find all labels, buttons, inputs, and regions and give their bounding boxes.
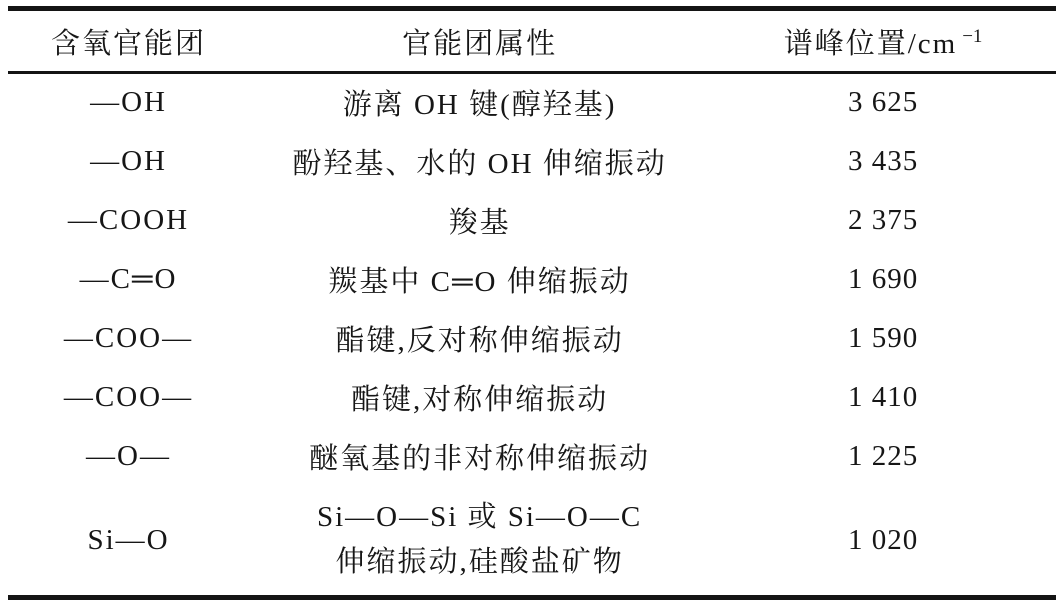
functional-group-cell: —O— bbox=[8, 427, 249, 486]
table-row: —C═O 羰基中 C═O 伸缩振动 1 690 bbox=[8, 250, 1056, 309]
property-cell: 羰基中 C═O 伸缩振动 bbox=[249, 250, 710, 309]
peak-position-cell: 1 020 bbox=[710, 486, 1056, 598]
column-header-peak-position: 谱峰位置/cm−1 bbox=[710, 9, 1056, 73]
table-row: —OH 酚羟基、水的 OH 伸缩振动 3 435 bbox=[8, 132, 1056, 191]
property-cell: 游离 OH 键(醇羟基) bbox=[249, 73, 710, 132]
table-row: —OH 游离 OH 键(醇羟基) 3 625 bbox=[8, 73, 1056, 132]
peak-position-cell: 1 590 bbox=[710, 309, 1056, 368]
functional-group-cell: —COO— bbox=[8, 309, 249, 368]
ir-peak-position-table: 含氧官能团 官能团属性 谱峰位置/cm−1 —OH 游离 OH 键(醇羟基) 3… bbox=[8, 6, 1056, 600]
table-row: Si—O Si—O—Si 或 Si—O—C 伸缩振动,硅酸盐矿物 1 020 bbox=[8, 486, 1056, 598]
functional-group-cell: —C═O bbox=[8, 250, 249, 309]
property-cell: 醚氧基的非对称伸缩振动 bbox=[249, 427, 710, 486]
property-cell: 酯键,反对称伸缩振动 bbox=[249, 309, 710, 368]
peak-position-cell: 1 225 bbox=[710, 427, 1056, 486]
property-cell: Si—O—Si 或 Si—O—C 伸缩振动,硅酸盐矿物 bbox=[249, 486, 710, 598]
column-header-functional-group: 含氧官能团 bbox=[8, 9, 249, 73]
table-row: —COO— 酯键,对称伸缩振动 1 410 bbox=[8, 368, 1056, 427]
peak-position-cell: 1 690 bbox=[710, 250, 1056, 309]
table-header-row: 含氧官能团 官能团属性 谱峰位置/cm−1 bbox=[8, 9, 1056, 73]
property-cell: 羧基 bbox=[249, 191, 710, 250]
peak-position-cell: 2 375 bbox=[710, 191, 1056, 250]
functional-group-cell: Si—O bbox=[8, 486, 249, 598]
property-line-1: Si—O—Si 或 Si—O—C bbox=[249, 495, 710, 540]
unit-superscript: −1 bbox=[962, 26, 982, 47]
functional-group-cell: —COOH bbox=[8, 191, 249, 250]
table-row: —COO— 酯键,反对称伸缩振动 1 590 bbox=[8, 309, 1056, 368]
column-header-property: 官能团属性 bbox=[249, 9, 710, 73]
functional-group-cell: —OH bbox=[8, 132, 249, 191]
property-line-2: 伸缩振动,硅酸盐矿物 bbox=[249, 540, 710, 585]
peak-position-cell: 3 625 bbox=[710, 73, 1056, 132]
functional-group-cell: —OH bbox=[8, 73, 249, 132]
peak-position-cell: 3 435 bbox=[710, 132, 1056, 191]
functional-group-cell: —COO— bbox=[8, 368, 249, 427]
property-cell: 酚羟基、水的 OH 伸缩振动 bbox=[249, 132, 710, 191]
table-row: —O— 醚氧基的非对称伸缩振动 1 225 bbox=[8, 427, 1056, 486]
property-cell: 酯键,对称伸缩振动 bbox=[249, 368, 710, 427]
table-row: —COOH 羧基 2 375 bbox=[8, 191, 1056, 250]
peak-position-unit: 谱峰位置/cm bbox=[784, 28, 958, 60]
peak-position-cell: 1 410 bbox=[710, 368, 1056, 427]
